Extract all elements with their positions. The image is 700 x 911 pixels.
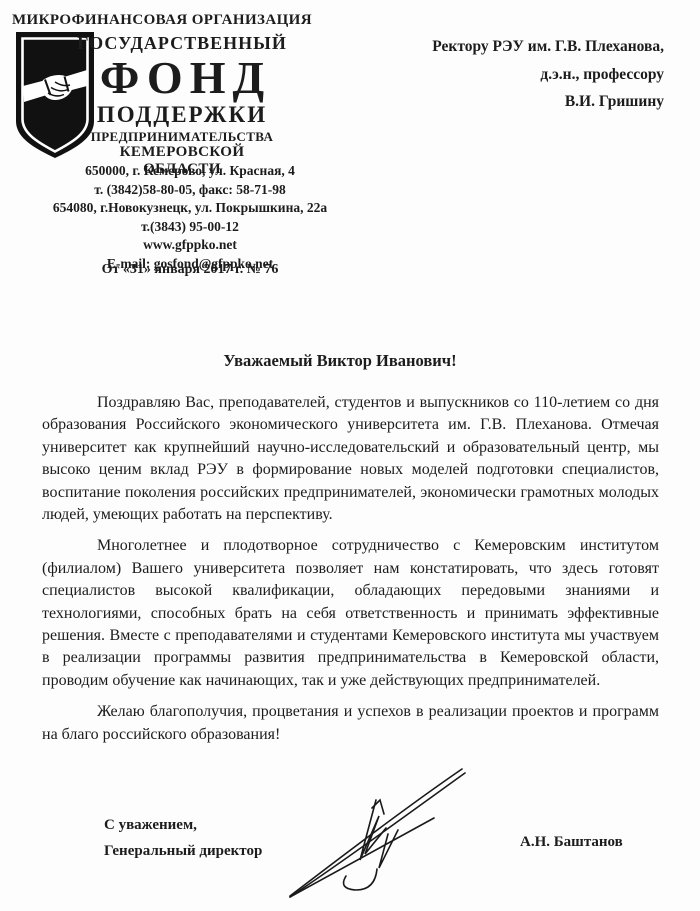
recipient-line: д.э.н., профессору	[344, 61, 664, 89]
fund-name-line: ФОНД	[100, 54, 271, 102]
address-line: 654080, г.Новокузнецк, ул. Покрышкина, 2…	[30, 199, 350, 218]
recipient-block: Ректору РЭУ им. Г.В. Плеханова, д.э.н., …	[344, 33, 664, 116]
phone-line: т.(3843) 95-00-12	[30, 218, 350, 237]
body-paragraph: Многолетнее и плодотворное сотрудничеств…	[42, 535, 659, 692]
handwritten-signature-icon	[276, 756, 480, 908]
address-line: 650000, г. Кемерово, ул. Красная, 4	[30, 162, 350, 181]
contacts-block: 650000, г. Кемерово, ул. Красная, 4 т. (…	[30, 162, 350, 274]
salutation: Уважаемый Виктор Иванович!	[30, 351, 650, 371]
website-line: www.gfppko.net	[30, 236, 350, 255]
body-paragraph: Поздравляю Вас, преподавателей, студенто…	[42, 392, 659, 526]
signer-name: А.Н. Баштанов	[520, 834, 623, 851]
closing-title: Генеральный директор	[104, 838, 262, 864]
date-ref-line: От «31» января 2017 г. № 76	[30, 262, 350, 278]
fund-name-line: ГОСУДАРСТВЕННЫЙ	[77, 32, 287, 54]
phone-line: т. (3842)58-80-05, факс: 58-71-98	[30, 181, 350, 200]
closing-line: С уважением,	[104, 812, 262, 838]
letter-page: МИКРОФИНАНСОВАЯ ОРГАНИЗАЦИЯ ГОСУДАРСТВЕН…	[0, 0, 700, 911]
org-type-line: МИКРОФИНАНСОВАЯ ОРГАНИЗАЦИЯ	[12, 12, 282, 29]
fund-name-line: ПРЕДПРИНИМАТЕЛЬСТВА	[91, 129, 274, 144]
body-paragraph: Желаю благополучия, процветания и успехо…	[42, 701, 659, 746]
recipient-line: Ректору РЭУ им. Г.В. Плеханова,	[344, 33, 664, 61]
recipient-line: В.И. Гришину	[344, 88, 664, 116]
closing-block: С уважением, Генеральный директор	[104, 812, 262, 864]
fund-name-block: ГОСУДАРСТВЕННЫЙ ФОНД ПОДДЕРЖКИ ПРЕДПРИНИ…	[92, 32, 272, 178]
letter-body: Поздравляю Вас, преподавателей, студенто…	[42, 392, 659, 755]
fund-name-line: ПОДДЕРЖКИ	[97, 102, 267, 128]
